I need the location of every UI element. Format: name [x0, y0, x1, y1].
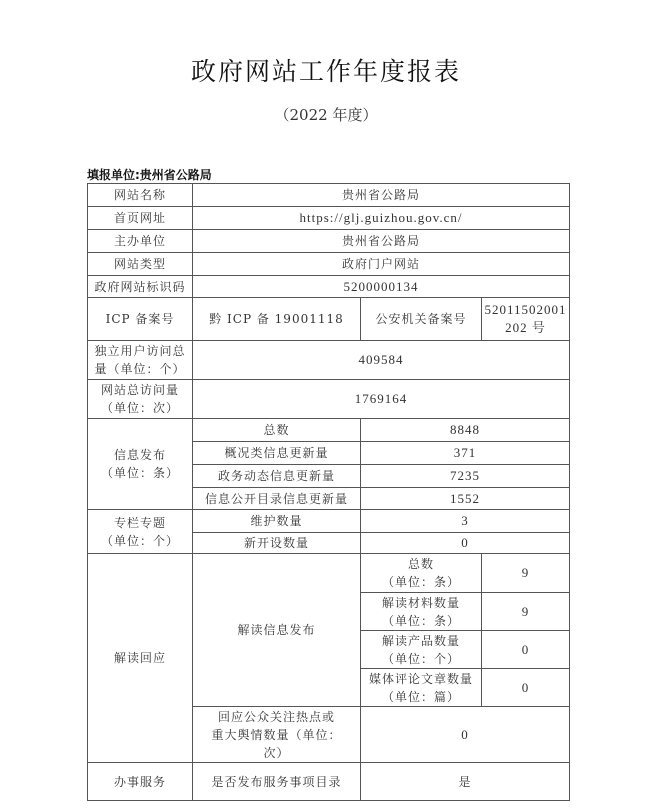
- label-line: 网站总访问量: [90, 381, 190, 399]
- label-line: 专栏专题: [90, 514, 190, 532]
- row-unique-visitors: 独立用户访问总 量（单位：个） 409584: [88, 341, 570, 380]
- row-total-visits: 网站总访问量 （单位：次） 1769164: [88, 380, 570, 419]
- label-police-record: 公安机关备案号: [361, 298, 482, 341]
- label-line: 解读产品数量: [363, 632, 479, 650]
- interpret-item-label: 总数 （单位：条）: [361, 554, 482, 593]
- row-interpret-total: 解读回应 解读信息发布 总数 （单位：条） 9: [88, 554, 570, 593]
- interpret-item-label: 解读产品数量 （单位：个）: [361, 631, 482, 669]
- columns-item-label: 维护数量: [193, 510, 361, 533]
- row-sponsor: 主办单位 贵州省公路局: [88, 230, 570, 253]
- columns-item-label: 新开设数量: [193, 533, 361, 554]
- interpret-item-value: 9: [482, 554, 570, 593]
- label-sponsor: 主办单位: [88, 230, 193, 253]
- value-sponsor: 贵州省公路局: [193, 230, 570, 253]
- interpret-item-label: 媒体评论文章数量 （单位：篇）: [361, 669, 482, 707]
- label-line: 总数: [363, 555, 479, 573]
- label-info-publish: 信息发布 （单位：条）: [88, 419, 193, 510]
- document-subtitle: （2022 年度）: [0, 104, 652, 125]
- label-line: 量（单位：个）: [90, 360, 190, 378]
- interpret-item-value: 0: [482, 631, 570, 669]
- row-info-publish-total: 信息发布 （单位：条） 总数 8848: [88, 419, 570, 442]
- columns-item-value: 3: [361, 510, 570, 533]
- row-icp: ICP 备案号 黔 ICP 备 19001118 公安机关备案号 5201150…: [88, 298, 570, 341]
- interpret-item-label: 解读材料数量 （单位：条）: [361, 593, 482, 631]
- info-publish-item-value: 7235: [361, 465, 570, 488]
- interpret-item-value: 9: [482, 593, 570, 631]
- info-publish-item-label: 概况类信息更新量: [193, 442, 361, 465]
- label-line: 信息发布: [90, 446, 190, 464]
- row-site-type: 网站类型 政府门户网站: [88, 253, 570, 276]
- reporting-unit: 填报单位:贵州省公路局: [87, 166, 212, 183]
- label-line: （单位：条）: [363, 573, 479, 591]
- columns-item-value: 0: [361, 533, 570, 554]
- value-homepage-url[interactable]: https://glj.guizhou.gov.cn/: [193, 207, 570, 230]
- value-site-type: 政府门户网站: [193, 253, 570, 276]
- label-icp: ICP 备案号: [88, 298, 193, 341]
- services-item-value: 是: [361, 763, 570, 801]
- label-line: （单位：条）: [90, 464, 190, 482]
- value-police-record: 52011502001 202 号: [482, 298, 570, 341]
- value-site-id: 5200000134: [193, 276, 570, 298]
- label-site-type: 网站类型: [88, 253, 193, 276]
- label-line: （单位：个）: [363, 650, 479, 668]
- interpret-response-label: 回应公众关注热点或 重大舆情数量（单位： 次）: [193, 707, 361, 763]
- value-unique-visitors: 409584: [193, 341, 570, 380]
- report-table: 网站名称 贵州省公路局 首页网址 https://glj.guizhou.gov…: [87, 183, 570, 801]
- interpret-response-value: 0: [361, 707, 570, 763]
- row-columns-maintained: 专栏专题 （单位：个） 维护数量 3: [88, 510, 570, 533]
- interpret-item-value: 0: [482, 669, 570, 707]
- value-icp: 黔 ICP 备 19001118: [193, 298, 361, 341]
- document-title: 政府网站工作年度报表: [0, 52, 652, 88]
- info-publish-item-label: 政务动态信息更新量: [193, 465, 361, 488]
- value-total-visits: 1769164: [193, 380, 570, 419]
- label-total-visits: 网站总访问量 （单位：次）: [88, 380, 193, 419]
- value-site-name: 贵州省公路局: [193, 184, 570, 207]
- services-item-label: 是否发布服务事项目录: [193, 763, 361, 801]
- label-unique-visitors: 独立用户访问总 量（单位：个）: [88, 341, 193, 380]
- row-homepage-url: 首页网址 https://glj.guizhou.gov.cn/: [88, 207, 570, 230]
- label-line: 独立用户访问总: [90, 342, 190, 360]
- info-publish-item-label: 信息公开目录信息更新量: [193, 488, 361, 510]
- info-publish-item-value: 1552: [361, 488, 570, 510]
- row-site-name: 网站名称 贵州省公路局: [88, 184, 570, 207]
- label-line: （单位：次）: [90, 399, 190, 417]
- info-publish-item-label: 总数: [193, 419, 361, 442]
- info-publish-item-value: 8848: [361, 419, 570, 442]
- label-line: 回应公众关注热点或: [195, 708, 358, 726]
- label-interpret-publish: 解读信息发布: [193, 554, 361, 707]
- label-line: 次）: [195, 744, 358, 762]
- label-line: （单位：篇）: [363, 688, 479, 706]
- row-site-id: 政府网站标识码 5200000134: [88, 276, 570, 298]
- label-site-id: 政府网站标识码: [88, 276, 193, 298]
- row-services: 办事服务 是否发布服务事项目录 是: [88, 763, 570, 801]
- label-homepage-url: 首页网址: [88, 207, 193, 230]
- label-line: （单位：条）: [363, 612, 479, 630]
- label-site-name: 网站名称: [88, 184, 193, 207]
- info-publish-item-value: 371: [361, 442, 570, 465]
- label-services: 办事服务: [88, 763, 193, 801]
- police-record-line2: 202 号: [484, 319, 567, 337]
- police-record-line1: 52011502001: [484, 301, 567, 319]
- label-columns: 专栏专题 （单位：个）: [88, 510, 193, 554]
- label-interpretation: 解读回应: [88, 554, 193, 763]
- label-line: 媒体评论文章数量: [363, 670, 479, 688]
- label-line: 解读材料数量: [363, 594, 479, 612]
- label-line: （单位：个）: [90, 532, 190, 550]
- label-line: 重大舆情数量（单位：: [195, 726, 358, 744]
